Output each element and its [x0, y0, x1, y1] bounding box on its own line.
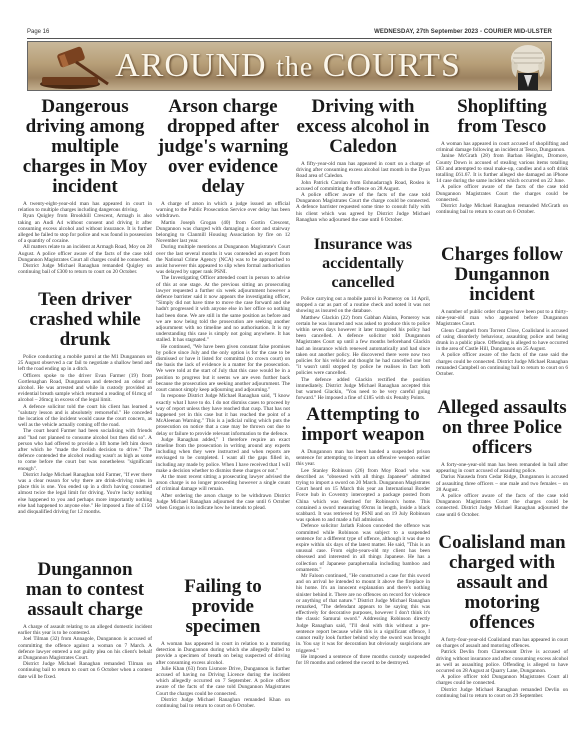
paragraph: Julie Khan (63) from Lismore Drive, Dung… [156, 666, 290, 697]
article-body: A charge of arson in which a judge issue… [156, 201, 290, 511]
paragraph: A woman has appeared in court in relatio… [156, 641, 290, 666]
article-body: A forty-one-year-old man has been remand… [436, 462, 568, 518]
paragraph: Lee Stanley Robinson (26) from Moy Road … [296, 468, 430, 524]
article-body: Police conducting a mobile patrol at the… [18, 354, 152, 515]
paragraph: A fifty-year-old man has appeared in cou… [296, 161, 430, 180]
article-headline: Dungannon man to contest assault charge [18, 560, 152, 620]
paragraph: Janine McGrath (28) from Barban Heights,… [436, 153, 568, 184]
paragraph: Glenn Campbell from Torrent Close, Coali… [436, 328, 568, 353]
paragraph: A forty-one-year-old man has been remand… [436, 462, 568, 474]
paragraph: Joel Tilman (32) from Annagole, Dunganno… [18, 636, 152, 661]
paragraph: A charge of arson in which a judge issue… [156, 201, 290, 220]
paragraph: John Patrick Carolan from Eshnadarragh R… [296, 180, 430, 192]
article-shoplifting-tesco: Shoplifting from Tesco A woman has appea… [436, 97, 568, 215]
article-headline: Attempting to import weapon [296, 405, 430, 445]
paragraph: District Judge Michael Ranaghan remanded… [18, 661, 152, 680]
paragraph: A Dungannon man has been handed a suspen… [296, 449, 430, 468]
article-assaults-police: Alleged assaults on three Police officer… [436, 398, 568, 518]
article-headline: Driving with excess alcohol in Caledon [296, 97, 430, 157]
paragraph: A number of public order charges have be… [436, 309, 568, 328]
article-headline: Shoplifting from Tesco [436, 97, 568, 137]
paragraph: During multiple mentions at Dungannon Ma… [156, 244, 290, 275]
article-arson-charge: Arson charge dropped after judge's warni… [156, 97, 290, 511]
paragraph: Officers spoke to the driver Evan Farmer… [18, 373, 152, 404]
article-headline: Dangerous driving among multiple charges… [18, 97, 152, 197]
article-teen-driver: Teen driver crashed while drunk Police c… [18, 290, 152, 515]
page-number: Page 16 [27, 29, 49, 35]
banner-title: AROUND the COURTS [113, 45, 463, 89]
article-charges-dungannon-incident: Charges follow Dungannon incident A numb… [436, 245, 568, 377]
judge-wig-icon [508, 43, 548, 91]
article-coalisland-man: Coalisland man charged with assault and … [436, 533, 568, 699]
paragraph: A police officer aware of the facts of t… [436, 184, 568, 203]
paragraph: Ryan Quigley from Brookhill Crescent, Ar… [18, 213, 152, 244]
paragraph: Darius Nauseda from Cedar Ridge, Dungann… [436, 474, 568, 493]
paragraph: He continued, "We have been given consta… [156, 344, 290, 394]
paragraph: District Judge Michael Ranaghan remanded… [18, 263, 152, 275]
paragraph: Police conducting a mobile patrol at the… [18, 354, 152, 373]
article-body: A twenty-eight-year-old man has appeared… [18, 201, 152, 275]
paragraph: District Judge Michael Ranaghan remanded… [436, 687, 568, 699]
article-excess-alcohol-caledon: Driving with excess alcohol in Caledon A… [296, 97, 430, 223]
paragraph: Patrick Devlin from Claremount Drive is … [436, 649, 568, 674]
paragraph: All matters relate to an incident at Arm… [18, 244, 152, 263]
article-body: A fifty-year-old man has appeared in cou… [296, 161, 430, 223]
paragraph: District Judge Michael Ranaghan remanded… [436, 203, 568, 215]
paragraph: Matthew Glackin (22) from Gabhan Alainn,… [296, 315, 430, 377]
paragraph: In response District Judge Michael Ranag… [156, 393, 290, 436]
paragraph: Judge Ranaghan added," I therefore requi… [156, 437, 290, 474]
article-headline: Insurance was accidentally cancelled [296, 235, 430, 292]
paragraph: A police officer aware of the facts of t… [296, 192, 430, 223]
article-body: A Dungannon man has been handed a suspen… [296, 449, 430, 666]
paragraph: District Judge Michael Ranaghan remanded… [156, 697, 290, 709]
article-failing-specimen: Failing to provide specimen A woman has … [156, 577, 290, 709]
article-body: A woman has appeared in court in relatio… [156, 641, 290, 709]
paragraph: Defence solicitor Jarlath Faloon concede… [296, 523, 430, 573]
article-body: A forty-four-year-old Coalisland man has… [436, 637, 568, 699]
article-import-weapon: Attempting to import weapon A Dungannon … [296, 405, 430, 666]
paragraph: Mr Faloon continued, "He constructed a c… [296, 573, 430, 654]
article-headline: Coalisland man charged with assault and … [436, 533, 568, 633]
paragraph: He imposed a sentence of three months cu… [296, 654, 430, 666]
paragraph: The defence added Glackin rectified the … [296, 377, 430, 402]
article-headline: Failing to provide specimen [156, 577, 290, 637]
paragraph: A police officer told Dungannon Magistra… [436, 674, 568, 686]
article-headline: Arson charge dropped after judge's warni… [156, 97, 290, 197]
paragraph: Police carrying out a mobile patrol in P… [296, 296, 430, 315]
paragraph: A woman has appeared in court accused of… [436, 141, 568, 153]
article-insurance-cancelled: Insurance was accidentally cancelled Pol… [296, 235, 430, 401]
page-header: Page 16 WEDNESDAY, 27th September 2023 -… [27, 28, 552, 39]
paragraph: A police officer aware of the facts of t… [436, 493, 568, 518]
article-dangerous-driving: Dangerous driving among multiple charges… [18, 97, 152, 275]
paragraph: The court heard Farmer had been socialis… [18, 428, 152, 471]
article-headline: Teen driver crashed while drunk [18, 290, 152, 350]
paragraph: At the most recent sitting a prosecuting… [156, 474, 290, 493]
paragraph: A forty-four-year-old Coalisland man has… [436, 637, 568, 649]
paragraph: A charge of assault relating to an alleg… [18, 624, 152, 636]
paragraph: A police officer aware of the facts of t… [436, 352, 568, 377]
paragraph: District Judge Michael Ranaghan told Far… [18, 472, 152, 515]
article-dungannon-assault: Dungannon man to contest assault charge … [18, 560, 152, 680]
gavel-icon [36, 44, 116, 90]
dateline: WEDNESDAY, 27th September 2023 - COURIER… [374, 29, 552, 35]
article-body: A number of public order charges have be… [436, 309, 568, 377]
paragraph: The Investigating Officer attended court… [156, 275, 290, 343]
article-body: A woman has appeared in court accused of… [436, 141, 568, 215]
article-headline: Charges follow Dungannon incident [436, 245, 568, 305]
paragraph: A twenty-eight-year-old man has appeared… [18, 201, 152, 213]
article-headline: Alleged assaults on three Police officer… [436, 398, 568, 458]
section-banner: AROUND the COURTS [27, 41, 552, 91]
paragraph: After ordering the arson charge to be wi… [156, 493, 290, 512]
article-body: A charge of assault relating to an alleg… [18, 624, 152, 680]
article-body: Police carrying out a mobile patrol in P… [296, 296, 430, 401]
paragraph: Martin Joseph Grogan (40) from Gortin Cr… [156, 220, 290, 245]
paragraph: A defence solicitor told the court his c… [18, 404, 152, 429]
